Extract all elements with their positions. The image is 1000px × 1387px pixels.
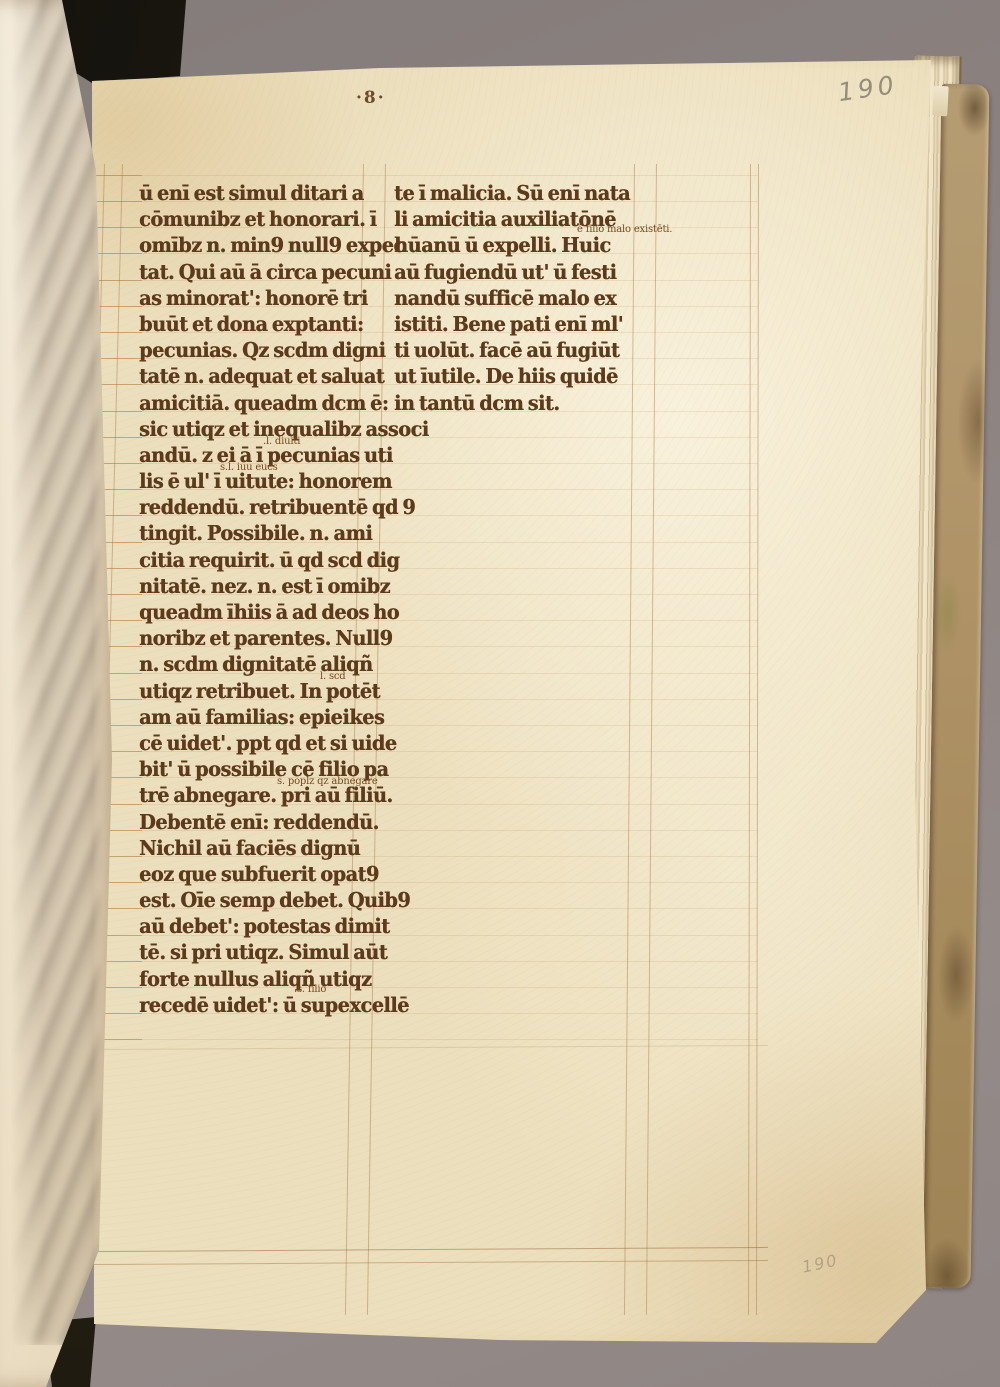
text-line: hūanū ū expelli. Huic xyxy=(394,233,638,259)
text-line: in tantū dcm sit. xyxy=(394,391,638,417)
text-line: aū fugiendū ut' ū festi xyxy=(394,260,638,286)
text-line: pecunias. Qz scdm digni xyxy=(139,338,383,364)
text-line: est. Oīe semp debet. Quib9 xyxy=(139,888,383,914)
text-line: trē abnegare. pri aū filiū. xyxy=(139,783,383,809)
interlinear-gloss: s. poplz qz abnegare xyxy=(277,776,378,787)
page-corner-tab xyxy=(932,86,949,117)
text-line: tingit. Possibile. n. ami xyxy=(139,521,383,547)
text-line: aū debet': potestas dimit xyxy=(139,914,383,940)
text-line: forte nullus aliqñ utiqz xyxy=(139,967,383,993)
text-line: noribz et parentes. Null9 xyxy=(139,626,383,652)
interlinear-gloss: s.l. iuu eucs xyxy=(220,462,278,473)
text-line: utiqz retribuet. In potēt xyxy=(139,679,383,705)
text-line: istiti. Bene pati enī ml' xyxy=(394,312,638,338)
text-line: nitatē. nez. n. est ī omibz xyxy=(139,574,383,600)
text-line: citia requirit. ū qd scd dig xyxy=(139,548,383,574)
text-line: n. scdm dignitatē aliqñ xyxy=(139,652,383,678)
text-line: ut īutile. De hiis quidē xyxy=(394,364,638,390)
manuscript-page: ·8· 190 190 ū enī est simul ditari acōmu… xyxy=(0,0,1000,1387)
folio-number-bottom: 190 xyxy=(800,1250,840,1276)
text-line: amicitiā. queadm dcm ē: xyxy=(139,391,383,417)
text-line: Nichil aū faciēs dignū xyxy=(139,836,383,862)
text-line: nandū sufficē malo ex xyxy=(394,286,638,312)
text-line: as minorat': honorē tri xyxy=(139,286,383,312)
interlinear-gloss: l. scd xyxy=(320,671,346,682)
text-line: eoz que subfuerit opat9 xyxy=(139,862,383,888)
text-line: te ī malicia. Sū enī nata xyxy=(394,181,638,207)
text-line: recedē uidet': ū supexcellē xyxy=(139,993,383,1019)
text-line: tat. Qui aū ā circa pecuni xyxy=(139,260,383,286)
text-line: omībz n. min9 null9 expec xyxy=(139,233,383,259)
text-line: Debentē enī: reddendū. xyxy=(139,810,383,836)
text-line: reddendū. retribuentē qd 9 xyxy=(139,495,383,521)
text-column-left: ū enī est simul ditari acōmunibz et hono… xyxy=(139,181,383,1019)
text-line: sic utiqz et inequalibz associ xyxy=(139,417,383,443)
text-line: tē. si pri utiqz. Simul aūt xyxy=(139,940,383,966)
interlinear-gloss: .l. diuiti xyxy=(263,436,300,447)
text-line: am aū familias: epieikes xyxy=(139,705,383,731)
quire-mark: ·8· xyxy=(356,88,386,108)
manuscript-photo: ·8· 190 190 ū enī est simul ditari acōmu… xyxy=(0,0,1000,1387)
text-line: ti uolūt. facē aū fugiūt xyxy=(394,338,638,364)
facing-page-text-blur xyxy=(10,0,104,1345)
text-line: buūt et dona exptanti: xyxy=(139,312,383,338)
text-line: tatē n. adequat et saluat xyxy=(139,364,383,390)
interlinear-gloss: ē filio malo existēti. xyxy=(577,224,672,235)
interlinear-gloss: .s. filio xyxy=(294,984,326,995)
text-column-right: te ī malicia. Sū enī natali amicitia aux… xyxy=(394,181,638,417)
text-line: queadm īhiis ā ad deos ho xyxy=(139,600,383,626)
text-line: ū enī est simul ditari a xyxy=(139,181,383,207)
folio-number-top: 190 xyxy=(836,70,899,107)
text-line: cōmunibz et honorari. ī xyxy=(139,207,383,233)
text-line: cē uidet'. ppt qd et si uide xyxy=(139,731,383,757)
